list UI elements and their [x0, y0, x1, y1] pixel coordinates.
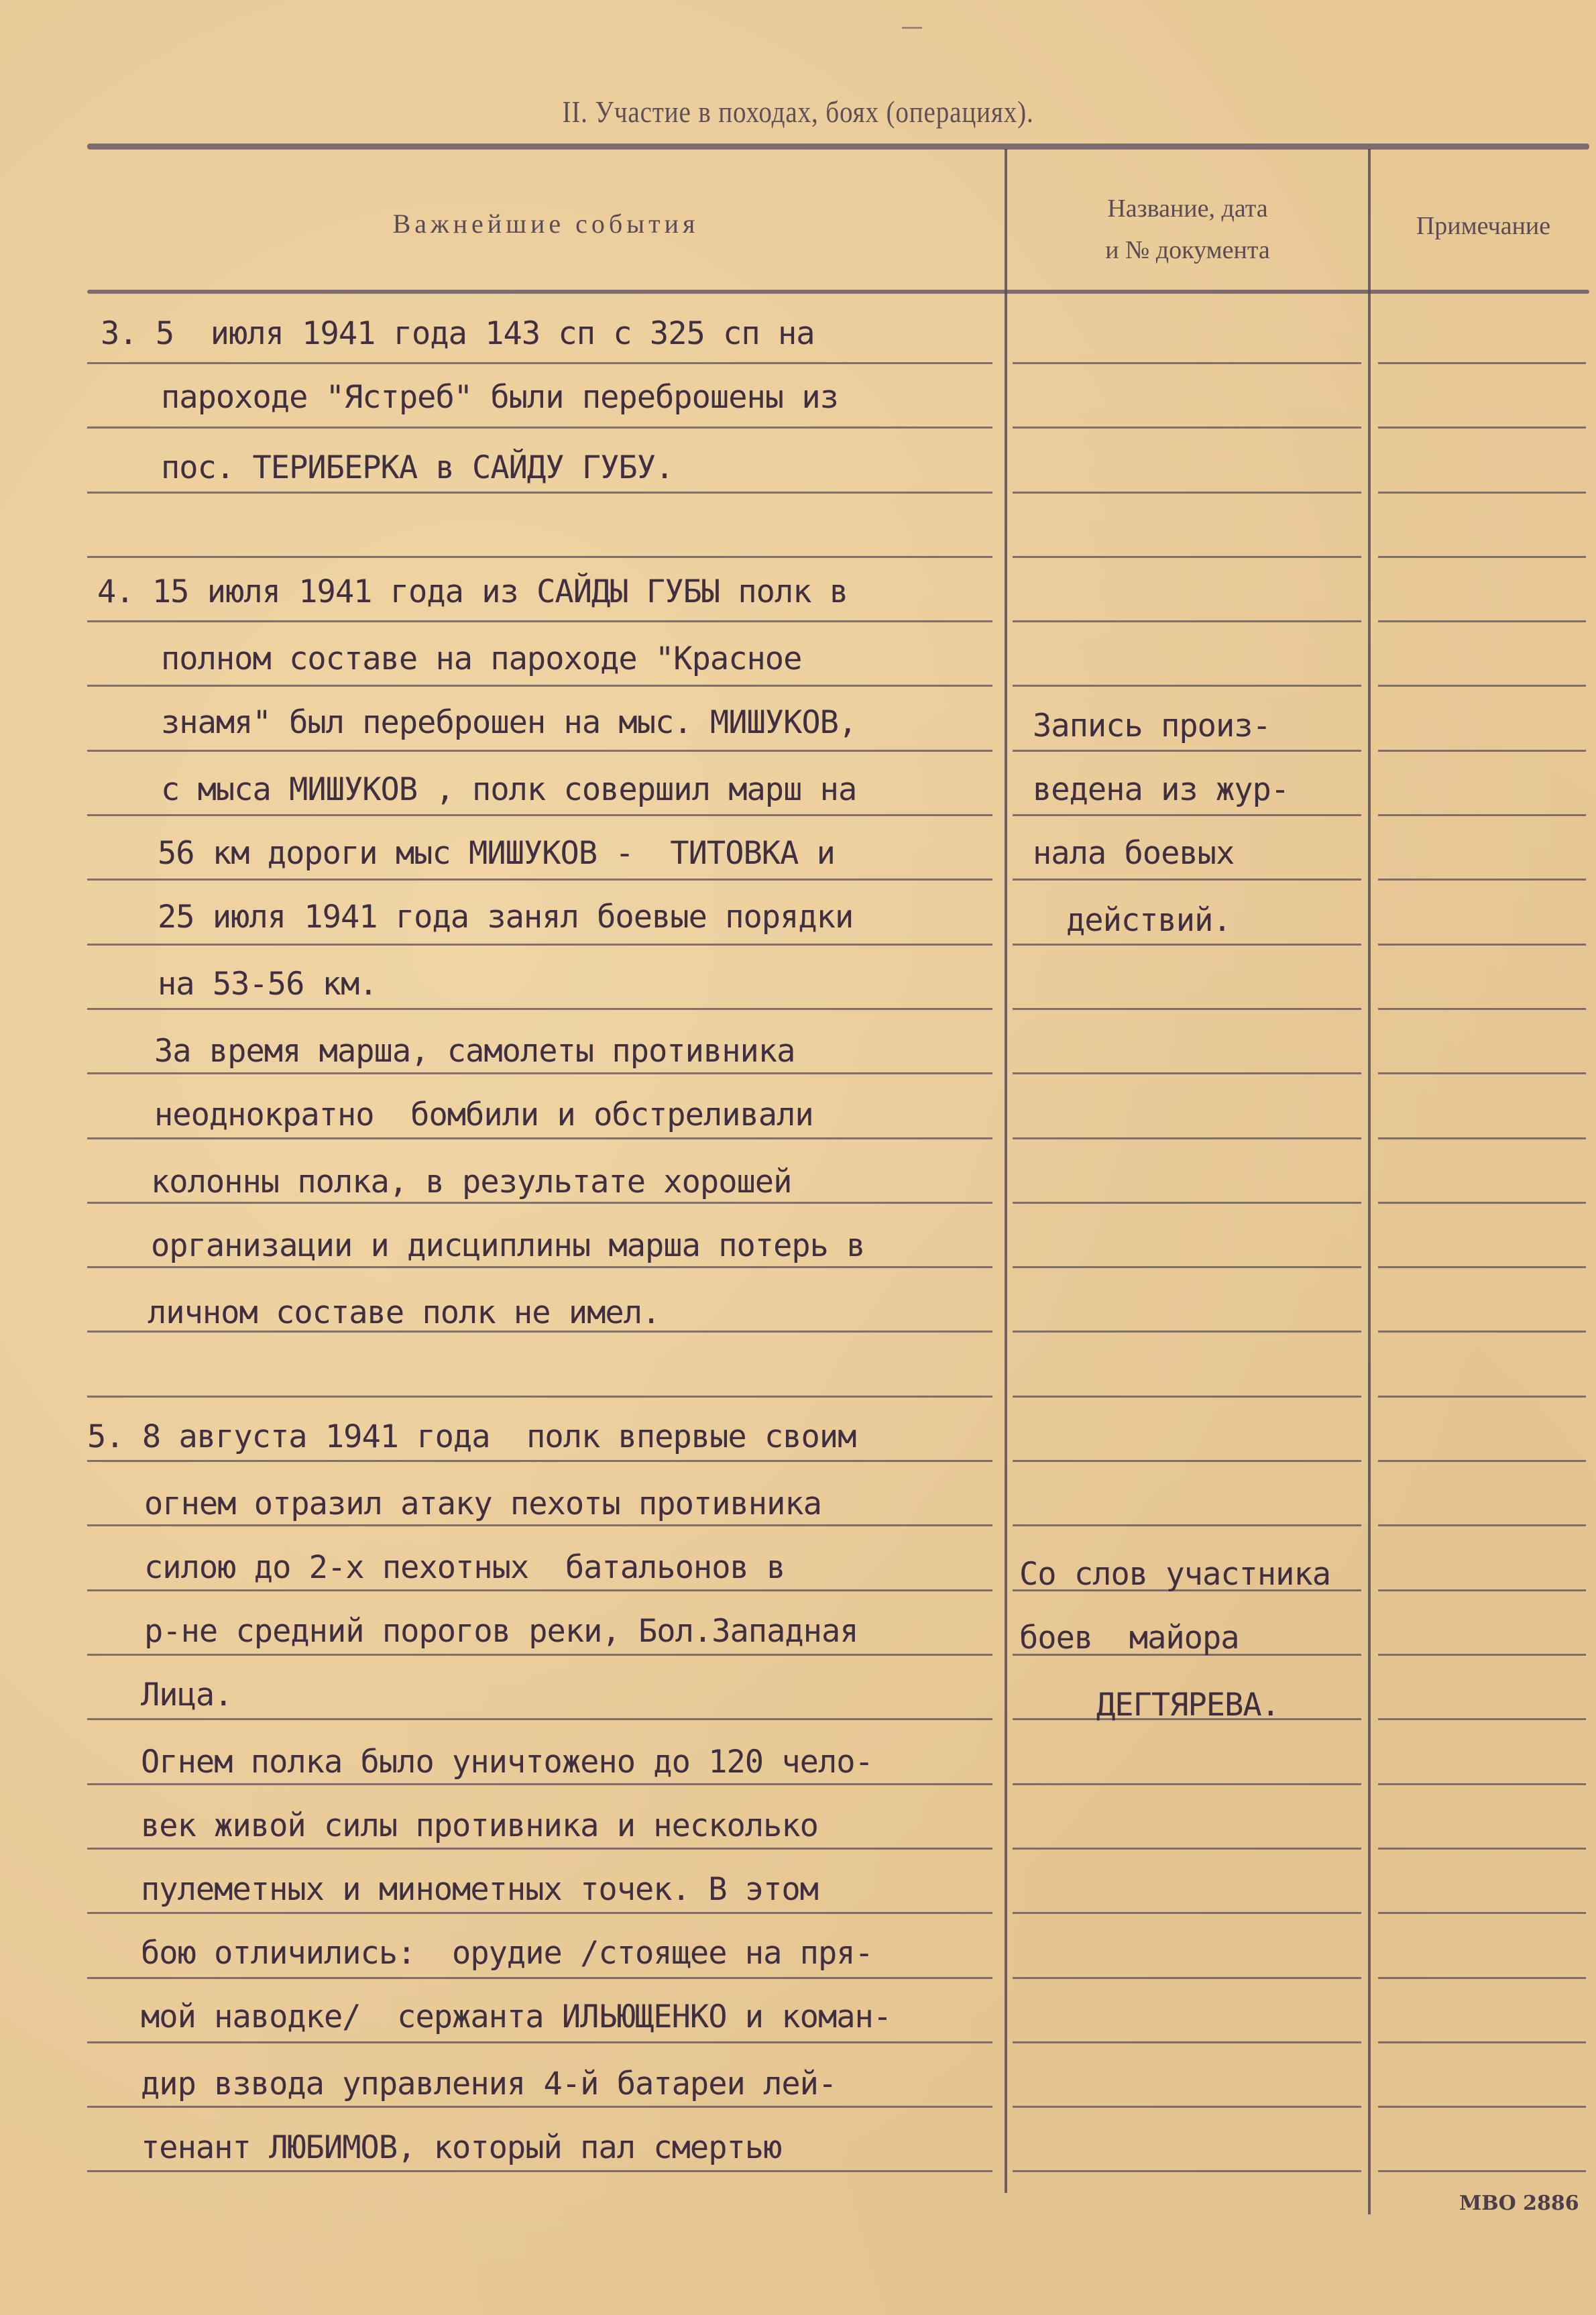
- event-line: знамя" был переброшен на мыс. МИШУКОВ,: [161, 704, 856, 741]
- rule-line: [87, 944, 992, 946]
- rule-line: [1378, 2041, 1586, 2043]
- rule-line: [87, 1008, 992, 1010]
- event-line: с мыса МИШУКОВ , полк совершил марш на: [161, 771, 856, 808]
- rule-line: [1378, 1912, 1586, 1914]
- event-line: силою до 2-х пехотных батальонов в: [144, 1549, 785, 1586]
- column-header-notes: Примечание: [1371, 211, 1596, 241]
- event-line: мой наводке/ сержанта ИЛЬЮЩЕНКО и коман-: [141, 1998, 891, 2035]
- column-divider-1: [1005, 149, 1007, 2193]
- rule-line: [1378, 1072, 1586, 1074]
- rule-line: [1378, 1008, 1586, 1010]
- rule-line: [1378, 685, 1586, 687]
- header-bottom-rule: [87, 290, 1589, 294]
- rule-line: [1378, 1524, 1586, 1526]
- rule-line: [87, 685, 992, 687]
- rule-line: [1013, 1460, 1361, 1462]
- rule-line: [87, 1137, 992, 1139]
- rule-line: [1378, 1848, 1586, 1850]
- event-line: огнем отразил атаку пехоты противника: [144, 1485, 821, 1522]
- rule-line: [87, 1718, 992, 1720]
- rule-line: [1378, 1202, 1586, 1204]
- rule-line: [1378, 1137, 1586, 1139]
- event-line: 5. 8 августа 1941 года полк впервые свои…: [87, 1418, 856, 1455]
- event-line: р-не средний порогов реки, Бол.Западная: [144, 1613, 858, 1650]
- rule-line: [87, 362, 992, 364]
- event-line: пос. ТЕРИБЕРКА в САЙДУ ГУБУ.: [161, 449, 673, 486]
- rule-line: [1013, 1396, 1361, 1398]
- rule-line: [87, 1460, 992, 1462]
- rule-line: [1013, 1848, 1361, 1850]
- event-line: дир взвода управления 4-й батареи лей-: [141, 2066, 836, 2102]
- rule-line: [1378, 1266, 1586, 1268]
- table-top-rule: [87, 144, 1589, 150]
- rule-line: [1013, 1783, 1361, 1785]
- rule-line: [1013, 685, 1361, 687]
- rule-line: [1013, 750, 1361, 752]
- rule-line: [1378, 1654, 1586, 1656]
- rule-line: [87, 1912, 992, 1914]
- rule-line: [87, 620, 992, 622]
- rule-line: [87, 750, 992, 752]
- event-line: организации и дисциплины марша потерь в: [151, 1227, 865, 1264]
- event-line: 25 июля 1941 года занял боевые порядки: [158, 899, 853, 936]
- event-line: век живой силы противника и несколько: [141, 1807, 818, 1844]
- rule-line: [1013, 362, 1361, 364]
- document-source-line: Со слов участника: [1019, 1556, 1330, 1593]
- rule-line: [87, 2041, 992, 2043]
- column-divider-2: [1368, 149, 1371, 2214]
- rule-line: [1013, 2170, 1361, 2172]
- rule-line: [1013, 1912, 1361, 1914]
- event-line: Огнем полка было уничтожено до 120 чело-: [141, 1744, 873, 1781]
- rule-line: [87, 1266, 992, 1268]
- rule-line: [87, 1848, 992, 1850]
- event-line: пароходе "Ястреб" были переброшены из: [161, 379, 838, 416]
- rule-line: [87, 1783, 992, 1785]
- rule-line: [1378, 427, 1586, 429]
- event-line: на 53-56 км.: [158, 966, 378, 1003]
- rule-line: [1378, 1460, 1586, 1462]
- rule-line: [87, 1654, 992, 1656]
- event-line: За время марша, самолеты противника: [154, 1033, 795, 1070]
- rule-line: [1013, 620, 1361, 622]
- rule-line: [1378, 750, 1586, 752]
- rule-line: [1013, 814, 1361, 816]
- document-source-line: ведена из жур-: [1033, 771, 1289, 808]
- rule-line: [1378, 879, 1586, 881]
- event-line: Лица.: [141, 1677, 232, 1713]
- rule-line: [87, 1202, 992, 1204]
- column-header-events: Важнейшие события: [87, 208, 1005, 239]
- footer-stamp: МВО 2886: [1459, 2192, 1579, 2215]
- rule-line: [1378, 1718, 1586, 1720]
- rule-line: [1013, 1977, 1361, 1979]
- rule-line: [1013, 492, 1361, 494]
- rule-line: [1013, 1137, 1361, 1139]
- rule-line: [1013, 1331, 1361, 1333]
- event-line: полном составе на пароходе "Красное: [161, 640, 801, 677]
- rule-line: [1013, 1266, 1361, 1268]
- event-line: тенант ЛЮБИМОВ, который пал смертью: [141, 2129, 781, 2166]
- document-source-line: действий.: [1066, 902, 1231, 939]
- rule-line: [1378, 1396, 1586, 1398]
- rule-line: [1013, 1524, 1361, 1526]
- event-line: бою отличились: орудие /стоящее на пря-: [141, 1935, 873, 1972]
- top-mark: [902, 27, 922, 29]
- rule-line: [87, 1524, 992, 1526]
- rule-line: [1378, 944, 1586, 946]
- rule-line: [87, 2170, 992, 2172]
- column-header-document: Название, дата и № документа: [1007, 188, 1368, 271]
- rule-line: [1013, 2041, 1361, 2043]
- rule-line: [87, 2106, 992, 2108]
- rule-line: [1013, 427, 1361, 429]
- section-title: II. Участие в походах, боях (операциях).: [120, 94, 1477, 129]
- event-line: 3. 5 июля 1941 года 143 сп с 325 сп на: [101, 315, 815, 352]
- rule-line: [1378, 1783, 1586, 1785]
- rule-line: [1378, 2170, 1586, 2172]
- document-source-line: боев майора: [1019, 1620, 1239, 1656]
- rule-line: [1013, 556, 1361, 558]
- rule-line: [87, 814, 992, 816]
- event-line: пулеметных и минометных точек. В этом: [141, 1871, 818, 1908]
- rule-line: [87, 1396, 992, 1398]
- rule-line: [1013, 2106, 1361, 2108]
- rule-line: [1378, 362, 1586, 364]
- rule-line: [87, 1589, 992, 1591]
- rule-line: [1378, 1331, 1586, 1333]
- document-source-line: нала боевых: [1033, 835, 1234, 872]
- rule-line: [87, 556, 992, 558]
- rule-line: [87, 1072, 992, 1074]
- document-source-line: ДЕГТЯРЕВА.: [1096, 1687, 1279, 1724]
- rule-line: [87, 879, 992, 881]
- rule-line: [1378, 556, 1586, 558]
- rule-line: [87, 427, 992, 429]
- rule-line: [1378, 2106, 1586, 2108]
- event-line: 4. 15 июля 1941 года из САЙДЫ ГУБЫ полк …: [97, 573, 848, 610]
- event-line: неоднократно бомбили и обстреливали: [154, 1096, 813, 1133]
- rule-line: [1013, 1008, 1361, 1010]
- rule-line: [1013, 1072, 1361, 1074]
- rule-line: [87, 492, 992, 494]
- event-line: колонны полка, в результате хорошей: [151, 1164, 791, 1200]
- rule-line: [1013, 1202, 1361, 1204]
- rule-line: [1013, 944, 1361, 946]
- document-source-line: Запись произ-: [1033, 708, 1271, 744]
- rule-line: [87, 1977, 992, 1979]
- rule-line: [1378, 1589, 1586, 1591]
- rule-line: [1378, 814, 1586, 816]
- rule-line: [1378, 1977, 1586, 1979]
- event-line: личном составе полк не имел.: [148, 1294, 660, 1331]
- rule-line: [1378, 492, 1586, 494]
- rule-line: [1013, 879, 1361, 881]
- column-header-document-line1: Название, дата: [1007, 188, 1368, 229]
- event-line: 56 км дороги мыс МИШУКОВ - ТИТОВКА и: [158, 835, 835, 872]
- column-header-document-line2: и № документа: [1007, 229, 1368, 271]
- rule-line: [1378, 620, 1586, 622]
